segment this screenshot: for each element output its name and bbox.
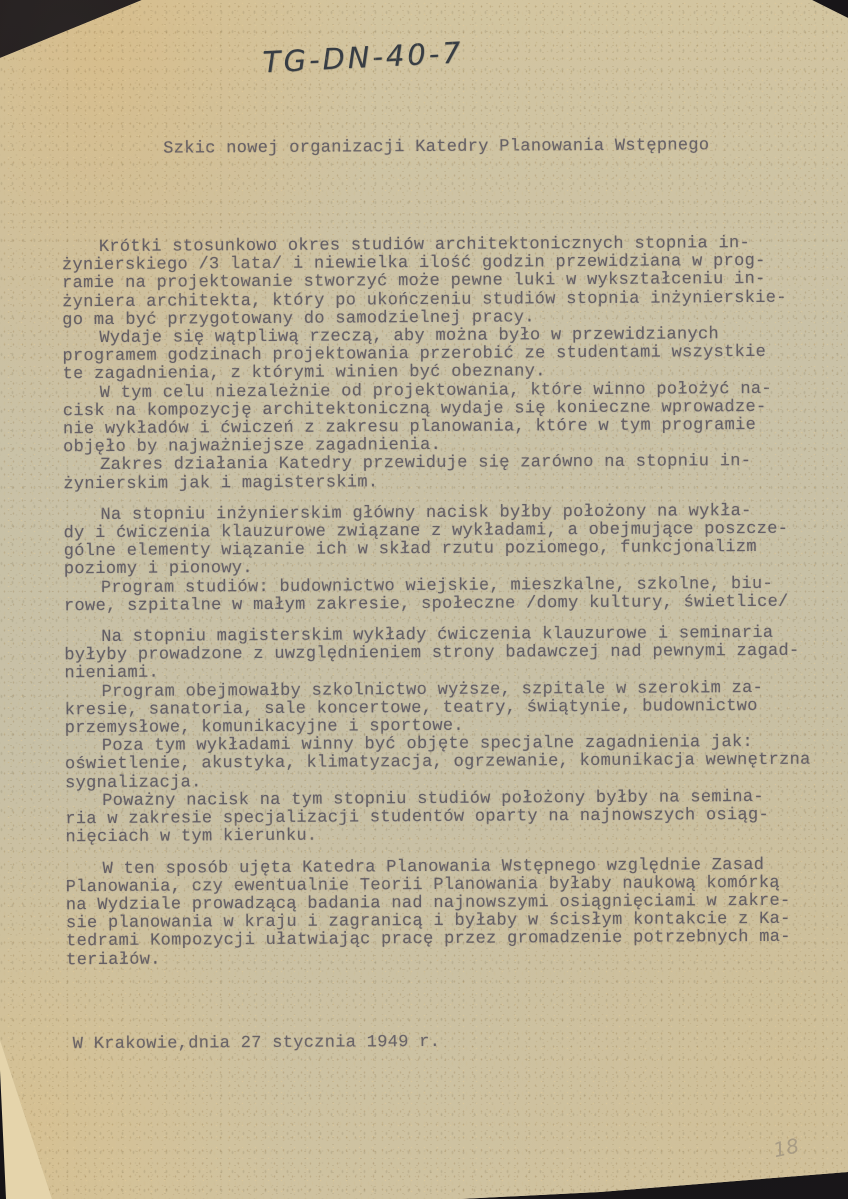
handwritten-reference: TG-DN-40-7 (262, 35, 464, 79)
text-line: żynierskim jak i magisterskim. (63, 471, 823, 494)
scan-background: TG-DN-40-7 Szkic nowej organizacji Kated… (0, 0, 848, 1199)
paragraph: Na stopniu inżynierskim główny nacisk by… (63, 502, 823, 579)
page-number-pencil: 18 (771, 1133, 801, 1162)
text-line: nięciach w tym kierunku. (65, 825, 825, 848)
document-body: Krótki stosunkowo okres studiów architek… (62, 235, 826, 970)
paragraph: W ten sposób ujęta Katedra Planowania Ws… (66, 856, 827, 970)
paragraph: Program studiów: budownictwo wiejskie, m… (64, 575, 824, 616)
paragraph: Program obejmowałby szkolnictwo wyższe, … (65, 679, 825, 738)
paragraph: W tym celu niezależnie od projektowania,… (63, 380, 823, 457)
paragraph: Zakres działania Katedry przewiduje się … (63, 453, 823, 494)
paragraph: Poważny nacisk na tym stopniu studiów po… (65, 788, 825, 847)
document-page: TG-DN-40-7 Szkic nowej organizacji Kated… (0, 0, 848, 1199)
document-title: Szkic nowej organizacji Katedry Planowan… (163, 136, 709, 158)
text-line: rowe, szpitalne w małym zakresie, społec… (64, 593, 824, 616)
dateline: W Krakowie,dnia 27 stycznia 1949 r. (73, 1033, 441, 1054)
paragraph: Wydaje się wątpliwą rzeczą, aby można by… (62, 326, 822, 385)
paragraph: Poza tym wykładami winny być objęte spec… (65, 734, 825, 793)
page-content: TG-DN-40-7 Szkic nowej organizacji Kated… (0, 0, 848, 1199)
paragraph: Krótki stosunkowo okres studiów architek… (62, 235, 823, 331)
paragraph: Na stopniu magisterskim wykłady ćwiczeni… (64, 625, 824, 684)
